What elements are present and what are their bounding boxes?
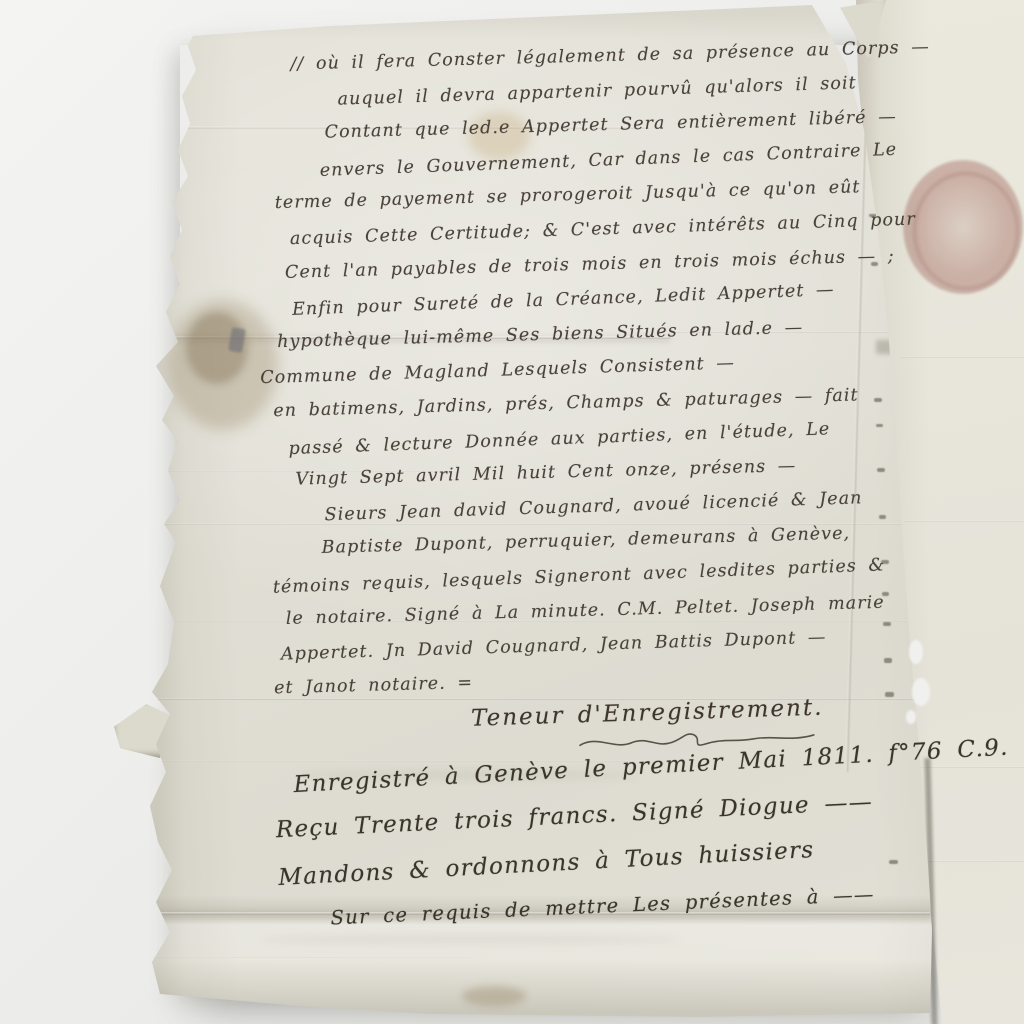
registration-block: Enregistré à Genève le premier Mai 1811.… — [282, 726, 991, 946]
bottom-edge-dirt — [462, 986, 526, 1006]
slate-mark — [228, 327, 246, 353]
fold-crease — [150, 956, 470, 958]
brown-stain-core — [186, 312, 248, 384]
photo-scene: // où il fera Conster légalement de sa p… — [0, 0, 1024, 1024]
manuscript-text: // où il fera Conster légalement de sa p… — [260, 28, 988, 947]
